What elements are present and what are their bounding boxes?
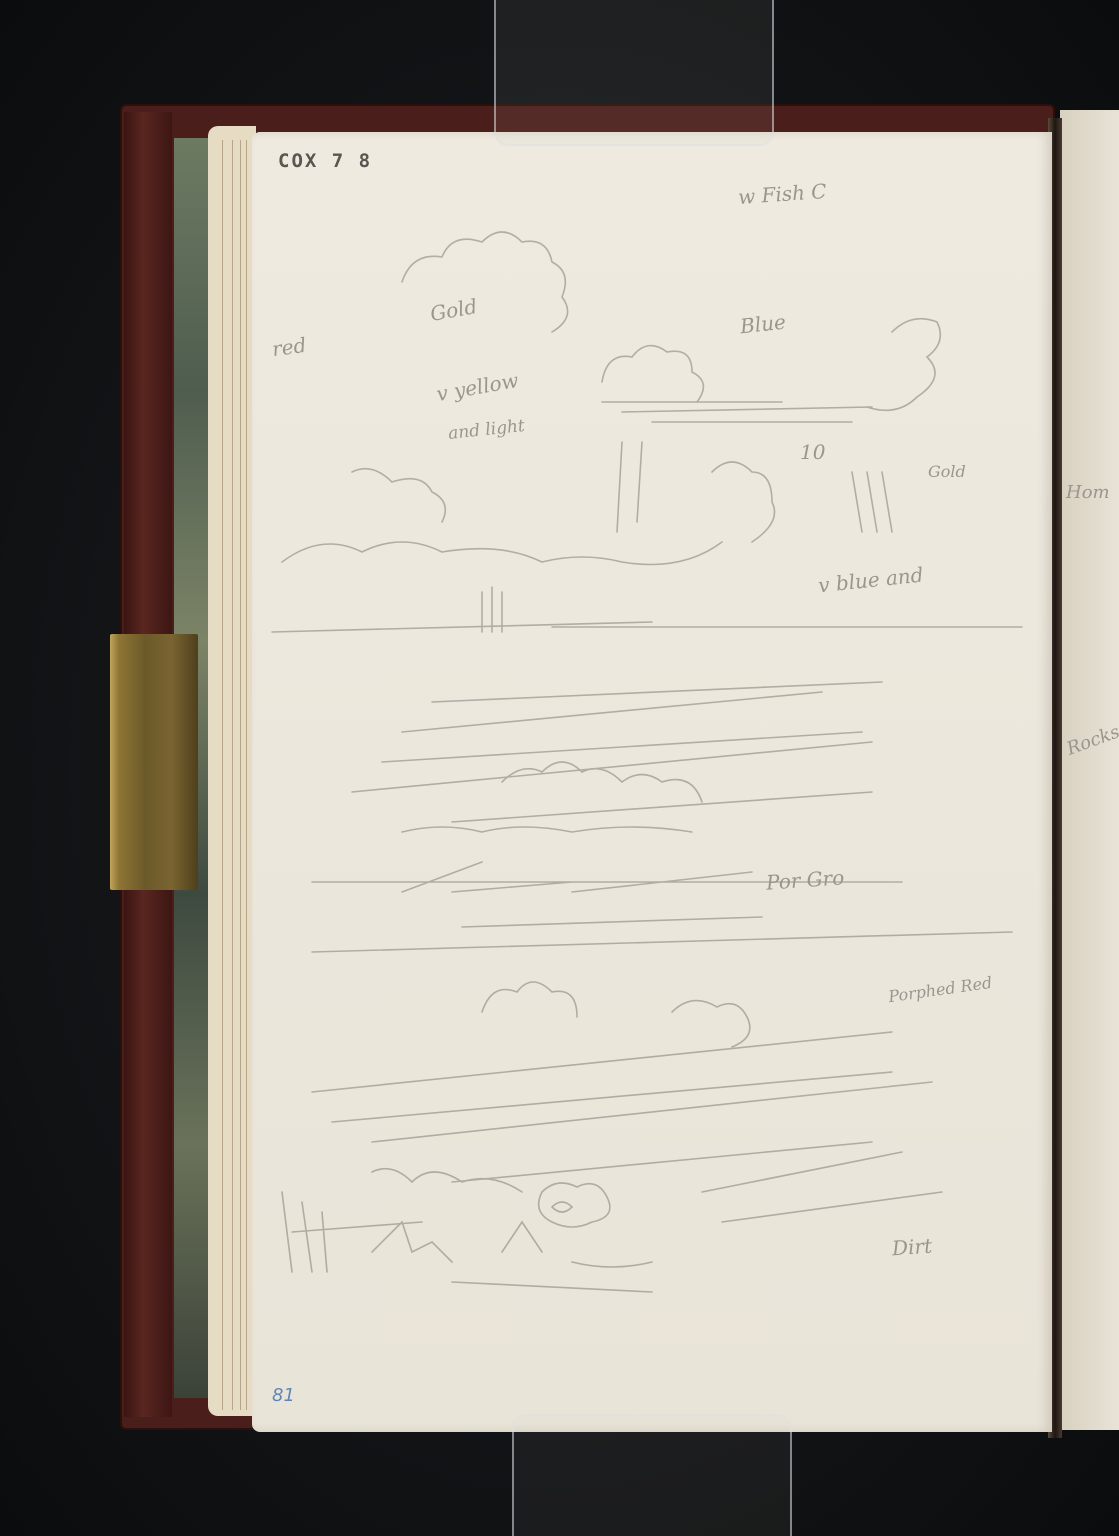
page-edge-line [246,140,247,1410]
page-edge-line [232,140,233,1410]
inscription-bottom-right: Dirt [891,1234,933,1261]
inscription-gold-right: Gold [928,462,966,481]
pencil-sketch [252,132,1052,1432]
page-edge-line [222,140,223,1410]
inscription-number: 10 [800,440,825,464]
brass-clasp [110,634,198,890]
acrylic-page-holder-bottom [512,1414,792,1536]
inscription-blue: Blue [739,310,787,339]
facing-page [1060,110,1119,1430]
archive-stamp: COX 7 8 [278,150,372,172]
page-edge-line [240,140,241,1410]
acrylic-page-holder-top [494,0,774,146]
inscription-red: red [270,333,307,362]
facing-inscription-1: Hom [1066,482,1110,503]
folio-number: 81 [272,1385,295,1406]
